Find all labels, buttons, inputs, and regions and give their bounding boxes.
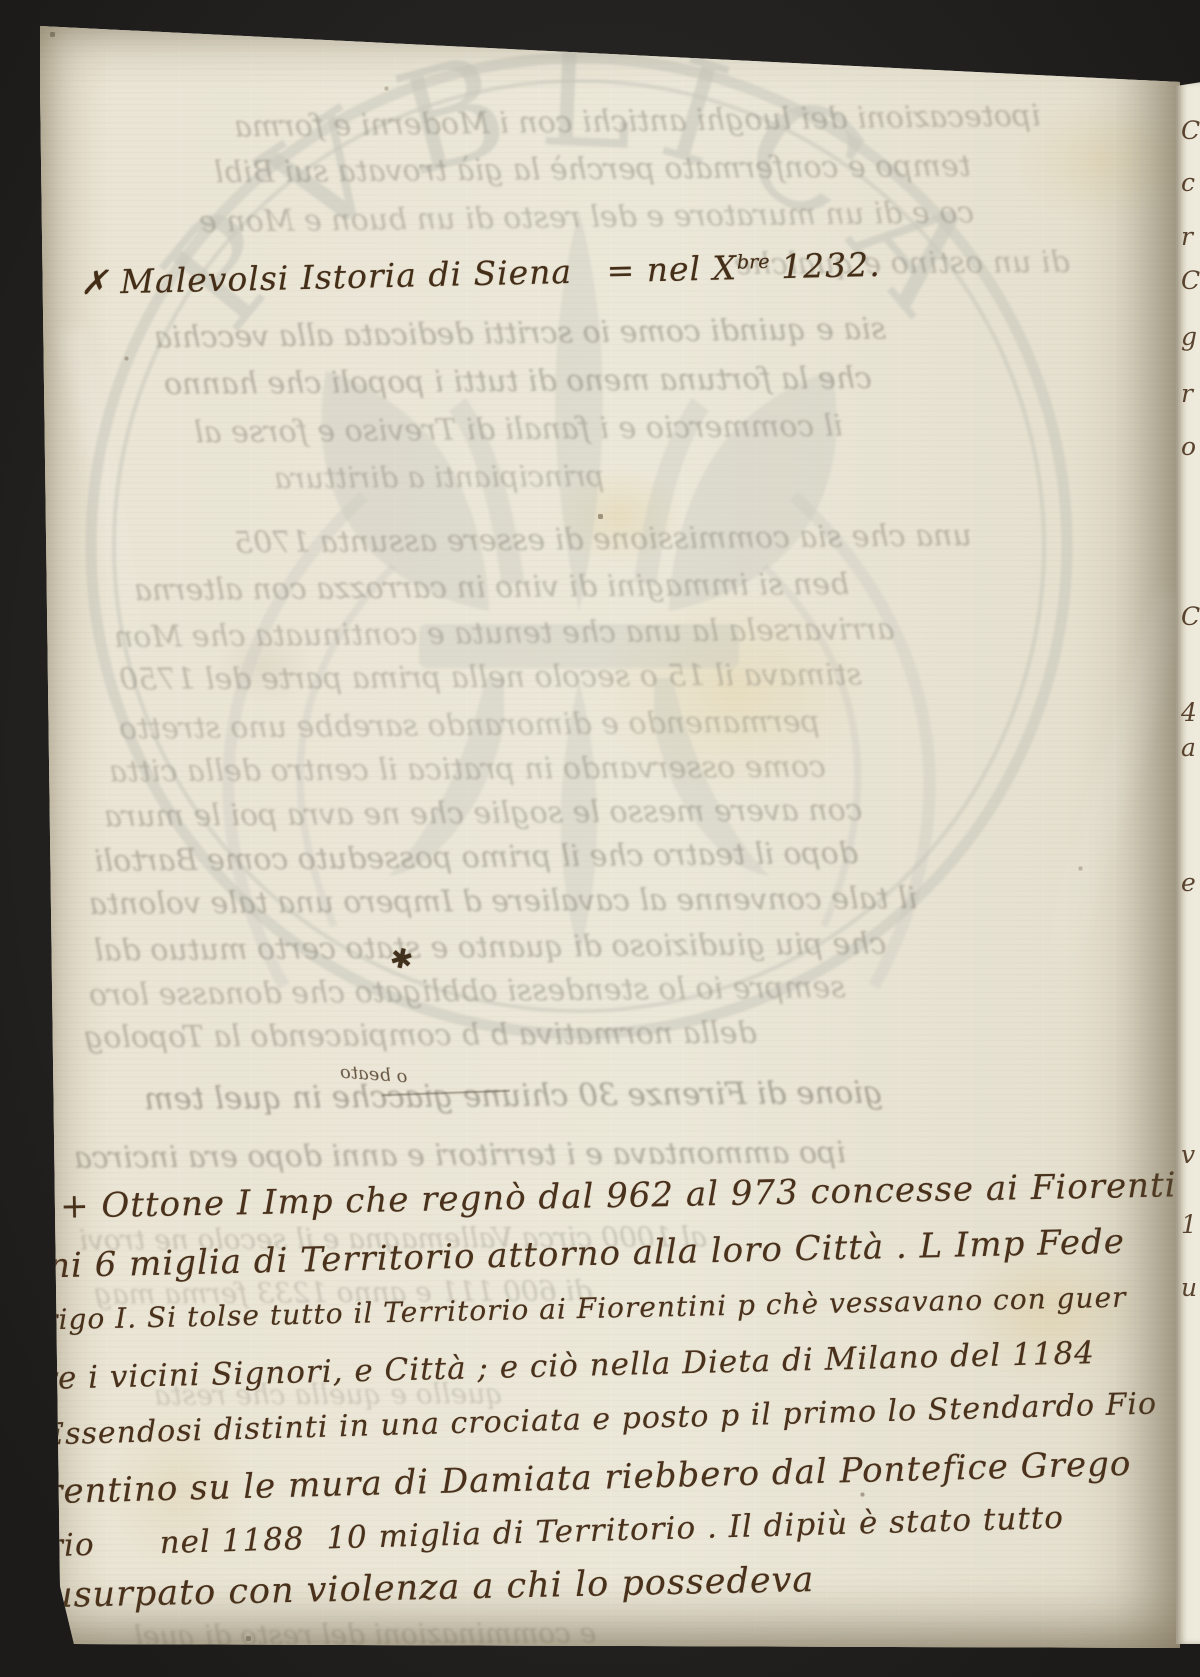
paragraph-line: ni 6 miglia di Territorio attorno alla l… (48, 1222, 1126, 1286)
paragraph-line: rio nel 1188 10 miglia di Territorio . I… (48, 1500, 1065, 1564)
bleedthrough-line: ipotecazioni dei luoghi antichi con i Mo… (234, 98, 1041, 144)
heading-line: ✗ Malevolsi Istoria di Siena = nel Xbre … (80, 245, 881, 302)
bleedthrough-line: arrivarsela la una che tenuta e continua… (114, 612, 895, 655)
cut-off-letter-fragment: C (1181, 116, 1200, 145)
stamp-text-path: PVBLICA (133, 26, 1024, 359)
bleedthrough-line: con avere messo le soglie che ne avra po… (104, 793, 863, 835)
bleedthrough-line: che la fortuna meno di tutti i popoli ch… (164, 361, 872, 402)
cut-off-letter-fragment: c (1181, 168, 1195, 197)
next-page-edge: CcrCgroC4aev1u (1176, 82, 1200, 1644)
manuscript-page: PVBLICA ipotecazioni (34, 26, 1180, 1648)
crease-streak (57, 327, 157, 685)
stamp-text: PVBLICA (133, 26, 1024, 359)
paragraph-line: + Ottone I Imp che regnò dal 962 al 973 … (60, 1165, 1177, 1226)
cut-off-letter-fragment: e (1181, 868, 1196, 897)
cut-off-letter-fragment: a (1181, 733, 1196, 762)
cut-off-letter-fragment: u (1181, 1273, 1197, 1302)
bleedthrough-line: ben si immagini di vino in carrozza con … (134, 567, 850, 608)
cut-off-letter-fragment: 1 (1181, 1210, 1197, 1239)
bleedthrough-line: come osservando in pratica il centro del… (109, 749, 826, 789)
stamp-branches (228, 496, 929, 986)
cut-off-letter-fragment: r (1181, 222, 1193, 251)
bleedthrough-line: il commercio e i fanali di Treviso e for… (194, 409, 843, 451)
paper-stain (1014, 96, 1180, 226)
bleedthrough-line: e comminazioni del resto di quel (134, 1616, 596, 1648)
bleedthrough-line: principianti a dirittura (274, 459, 605, 495)
bleedthrough-line: il tale convenne al cavaliere d Impero u… (89, 881, 917, 922)
paper-stain (554, 466, 684, 566)
bleedthrough-line: della normativa b b compiacendo la Topol… (84, 1016, 757, 1056)
cut-off-letter-fragment: o (1181, 432, 1196, 461)
fleur-de-lis-icon (322, 211, 837, 956)
photograph-dark-background: PVBLICA ipotecazioni (0, 0, 1200, 1677)
paragraph-line: Essendosi distinti in una crociata e pos… (42, 1386, 1158, 1452)
small-ink-note: o beato (339, 1062, 408, 1088)
paragraph-line: re i vicini Signori, e Città ; e ciò nel… (42, 1335, 1096, 1397)
bleedthrough-line: che piu giudizioso di quanto e stato cer… (94, 927, 887, 969)
heading-superscript: bre (737, 250, 770, 274)
bleedthrough-line: ipo ammontava e i territori e anni dopo … (74, 1135, 846, 1175)
bleedthrough-line: una che sia commissione di essere assunt… (234, 518, 972, 561)
heading-year: 1232. (769, 245, 881, 287)
bleedthrough-line: permanendo e dimorando sarebbe uno stret… (119, 704, 820, 746)
heading-text: Malevolsi Istoria di Siena = nel X (108, 248, 737, 301)
paragraph-line: rigo I. Si tolse tutto il Territorio ai … (44, 1281, 1127, 1337)
bleedthrough-line: co e di un muratore e del resto di un bu… (199, 195, 974, 239)
ink-specks (34, 26, 35, 27)
cut-off-letter-fragment: 4 (1181, 698, 1197, 727)
cut-off-letter-fragment: v (1181, 1140, 1195, 1169)
ghost-underline (382, 1090, 510, 1096)
bleedthrough-line: sempre io lo stendessi obbligato che don… (89, 970, 846, 1013)
paragraph-line: usurpato con violenza a chi lo possedeva (50, 1560, 815, 1616)
cut-off-letter-fragment: C (1181, 602, 1200, 631)
cut-off-letter-fragment: C (1181, 266, 1200, 295)
paper-stain (594, 586, 874, 796)
crease-streak (1030, 591, 1180, 1002)
stamp-rings (91, 58, 1067, 1034)
cut-off-letter-fragment: r (1181, 379, 1193, 408)
paper-stain (214, 626, 314, 706)
bleedthrough-line: stimava il 15 o secolo nella prima parte… (119, 657, 862, 697)
heading-marker: ✗ (80, 262, 110, 302)
bleedthrough-line: sia e quindi come io scritti dedicata al… (154, 312, 887, 356)
bleedthrough-line: gione di Firenze 30 chiune giacche in qu… (144, 1075, 883, 1117)
star-mark: ✱ (387, 942, 416, 977)
cut-off-letter-fragment: g (1181, 322, 1197, 351)
bleedthrough-line: tempo e confermato perchè la già trovata… (214, 149, 971, 191)
bleedthrough-line: dopo il teatro che il primo posseduto co… (94, 836, 858, 879)
